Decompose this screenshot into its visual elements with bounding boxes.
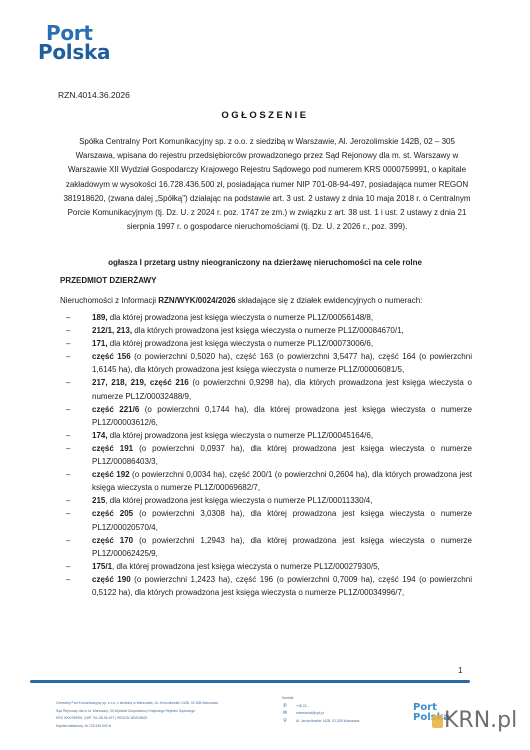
parcel-item: –215, dla której prowadzona jest księga … [62,494,472,507]
watermark-text: KRN.pl [444,708,517,733]
parcel-item: –część 170 (o powierzchni 1,2943 ha), dl… [62,534,472,560]
parcel-description: , dla której prowadzona jest księga wiec… [112,562,380,571]
footer-company-line: KRS 0000759991 | NIP 701-08-94-497 | REG… [56,715,256,723]
list-dash: – [66,534,70,547]
contact-text: +48 22 ... [296,703,310,711]
section-heading: PRZEDMIOT DZIERŻAWY [60,276,156,285]
logo-line-2: Polska [38,43,110,62]
parcel-number: część 221/6 [92,405,139,414]
footer-contact: Kontakt ✆+48 22 ...✉sekretariat@cpk.pl⚲A… [282,695,359,725]
location-pin-icon: ⚲ [282,718,288,726]
parcel-item: –175/1, dla której prowadzona jest księg… [62,560,472,573]
list-dash: – [66,403,70,416]
parcel-number: 215 [92,496,105,505]
list-dash: – [66,311,70,324]
list-dash: – [66,350,70,363]
parcel-number: część 190 [92,575,131,584]
parcel-description: dla których prowadzona jest księga wiecz… [132,326,404,335]
announcement-line: ogłasza I przetarg ustny nieograniczony … [60,258,470,267]
parcel-number: 217, 218, 219, część 216 [92,378,189,387]
footer-company-line: Sąd Rejonowy dla m.st. Warszawy, XII Wyd… [56,708,256,716]
parcel-item: –część 156 (o powierzchni 0,5020 ha), cz… [62,350,472,376]
list-dash: – [66,560,70,573]
list-dash: – [66,442,70,455]
parcel-number: 175/1 [92,562,112,571]
contact-row: ✉sekretariat@cpk.pl [282,710,359,718]
list-dash: – [66,324,70,337]
parcel-description: (o powierzchni 1,2423 ha), część 196 (o … [92,575,472,597]
parcel-item: –część 191 (o powierzchni 0,0937 ha), dl… [62,442,472,468]
krn-watermark: KRN.pl [432,708,517,733]
list-dash: – [66,429,70,442]
lead-prefix: Nieruchomości z Informacji [60,296,158,305]
parcel-item: –część 221/6 (o powierzchni 0,1744 ha), … [62,403,472,429]
list-dash: – [66,468,70,481]
mail-icon: ✉ [282,710,288,718]
footer-company-info: Centralny Port Komunikacyjny sp. z o.o. … [56,700,256,730]
port-polska-logo: Port Polska [38,24,110,62]
parcel-item: –część 205 (o powierzchni 3,0308 ha), dl… [62,507,472,533]
list-dash: – [66,507,70,520]
lead-reference: RZN/WYK/0024/2026 [158,296,235,305]
parcel-number: część 191 [92,444,133,453]
parcel-description: (o powierzchni 3,0308 ha), dla której pr… [92,509,472,531]
parcel-item: –174, dla której prowadzona jest księga … [62,429,472,442]
contact-heading: Kontakt [282,695,359,703]
parcel-number: część 170 [92,536,133,545]
parcel-item: –189, dla której prowadzona jest księga … [62,311,472,324]
parcels-lead: Nieruchomości z Informacji RZN/WYK/0024/… [60,296,422,305]
list-dash: – [66,376,70,389]
parcel-number: 189, [92,313,108,322]
lead-suffix: składające się z działek ewidencyjnych o… [236,296,423,305]
footer-company-line: Centralny Port Komunikacyjny sp. z o.o. … [56,700,256,708]
parcel-description: (o powierzchni 0,1744 ha), dla której pr… [92,405,472,427]
contact-text: sekretariat@cpk.pl [296,710,324,718]
parcel-item: –część 190 (o powierzchni 1,2423 ha), cz… [62,573,472,599]
parcel-description: (o powierzchni 1,2943 ha), dla której pr… [92,536,472,558]
parcel-number: 174, [92,431,108,440]
parcel-description: dla której prowadzona jest księga wieczy… [108,313,373,322]
reference-number: RZN.4014.36.2026 [58,90,130,100]
parcel-number: część 156 [92,352,131,361]
parcel-number: 171, [92,339,108,348]
list-dash: – [66,337,70,350]
contact-row: ⚲Al. Jerozolimskie 142B, 02-305 Warszawa [282,718,359,726]
parcel-item: –171, dla której prowadzona jest księga … [62,337,472,350]
parcel-number: 212/1, 213, [92,326,132,335]
footer-company-line: Kapitał zakładowy 16.728.436.500 zł [56,723,256,731]
parcel-description: dla której prowadzona jest księga wieczy… [108,339,373,348]
contact-row: ✆+48 22 ... [282,703,359,711]
parcel-item: –część 192 (o powierzchni 0,0034 ha), cz… [62,468,472,494]
parcel-description: (o powierzchni 0,0937 ha), dla której pr… [92,444,472,466]
parcel-description: (o powierzchni 0,5020 ha), część 163 (o … [92,352,472,374]
page-number: 1 [458,666,462,675]
phone-icon: ✆ [282,703,288,711]
contact-text: Al. Jerozolimskie 142B, 02-305 Warszawa [296,718,359,726]
parcel-item: –212/1, 213, dla których prowadzona jest… [62,324,472,337]
parcel-item: –217, 218, 219, część 216 (o powierzchni… [62,376,472,402]
parcel-number: część 192 [92,470,130,479]
parcel-number: część 205 [92,509,133,518]
document-title: OGŁOSZENIE [0,110,530,121]
list-dash: – [66,494,70,507]
parcel-description: , dla której prowadzona jest księga wiec… [105,496,372,505]
lock-icon [432,715,443,728]
intro-paragraph: Spółka Centralny Port Komunikacyjny sp. … [62,135,472,234]
parcel-description: (o powierzchni 0,0034 ha), część 200/1 (… [92,470,472,492]
parcel-list: –189, dla której prowadzona jest księga … [62,311,472,599]
footer-divider [30,680,470,683]
list-dash: – [66,573,70,586]
parcel-description: dla której prowadzona jest księga wieczy… [108,431,373,440]
